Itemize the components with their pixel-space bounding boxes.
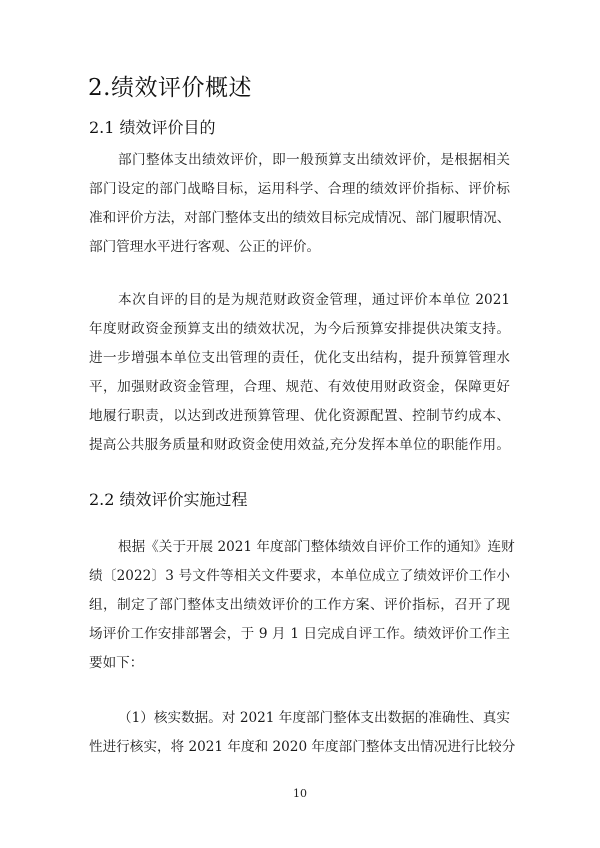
text-line: 地履行职责，以达到改进预算管理、优化资源配置、控制节约成本、 bbox=[89, 402, 510, 431]
text-line: 要如下： bbox=[89, 649, 510, 678]
section-heading-2-1: 2.1 绩效评价目的 bbox=[89, 116, 216, 140]
paragraph-purpose-objective: 本次自评的目的是为规范财政资金管理，通过评价本单位 2021 年度财政资金预算支… bbox=[89, 286, 510, 460]
text-line: 场评价工作安排部署会，于 9 月 1 日完成自评工作。绩效评价工作主 bbox=[89, 620, 510, 649]
text-line: 部门整体支出绩效评价，即一般预算支出绩效评价，是根据相关 bbox=[89, 146, 510, 175]
paragraph-verify-data: （1）核实数据。对 2021 年度部门整体支出数据的准确性、真实 性进行核实，将… bbox=[89, 704, 510, 762]
text-line: 组，制定了部门整体支出绩效评价的工作方案、评价指标，召开了现 bbox=[89, 591, 510, 620]
section-heading-2-2: 2.2 绩效评价实施过程 bbox=[89, 488, 248, 512]
text-line: 平，加强财政资金管理，合理、规范、有效使用财政资金，保障更好 bbox=[89, 373, 510, 402]
text-line: 进一步增强本单位支出管理的责任，优化支出结构，提升预算管理水 bbox=[89, 344, 510, 373]
text-line: 性进行核实，将 2021 年度和 2020 年度部门整体支出情况进行比较分 bbox=[89, 733, 510, 762]
text-line: 年度财政资金预算支出的绩效状况，为今后预算安排提供决策支持。 bbox=[89, 315, 510, 344]
text-line: 绩〔2022〕3 号文件等相关文件要求，本单位成立了绩效评价工作小 bbox=[89, 562, 510, 591]
text-line: 部门管理水平进行客观、公正的评价。 bbox=[89, 233, 510, 262]
document-page: 2.绩效评价概述 2.1 绩效评价目的 部门整体支出绩效评价，即一般预算支出绩效… bbox=[0, 0, 600, 848]
text-line: 根据《关于开展 2021 年度部门整体绩效自评价工作的通知》连财 bbox=[89, 533, 510, 562]
text-line: 准和评价方法，对部门整体支出的绩效目标完成情况、部门履职情况、 bbox=[89, 204, 510, 233]
chapter-title: 2.绩效评价概述 bbox=[88, 72, 252, 104]
text-line: 提高公共服务质量和财政资金使用效益,充分发挥本单位的职能作用。 bbox=[89, 431, 510, 460]
text-line: 本次自评的目的是为规范财政资金管理，通过评价本单位 2021 bbox=[89, 286, 510, 315]
paragraph-purpose-definition: 部门整体支出绩效评价，即一般预算支出绩效评价，是根据相关 部门设定的部门战略目标… bbox=[89, 146, 510, 262]
paragraph-process-overview: 根据《关于开展 2021 年度部门整体绩效自评价工作的通知》连财 绩〔2022〕… bbox=[89, 533, 510, 678]
page-number: 10 bbox=[0, 786, 600, 802]
text-line: （1）核实数据。对 2021 年度部门整体支出数据的准确性、真实 bbox=[89, 704, 510, 733]
text-line: 部门设定的部门战略目标，运用科学、合理的绩效评价指标、评价标 bbox=[89, 175, 510, 204]
